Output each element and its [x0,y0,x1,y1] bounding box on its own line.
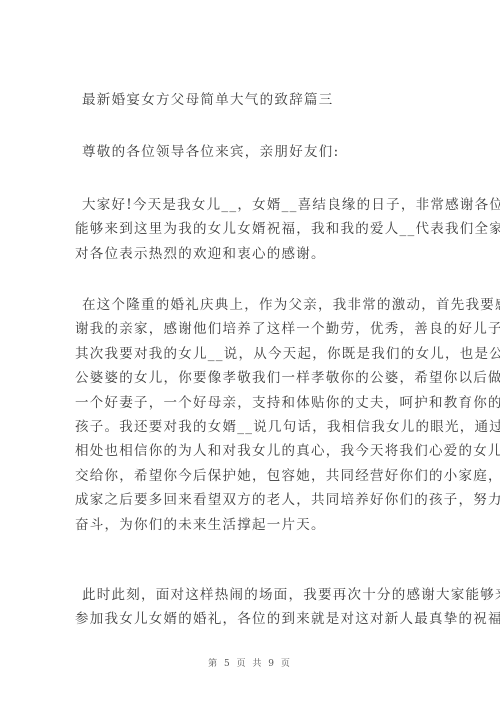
text-line: 交给你，希望你今后保护她，包容她，共同经营好你们的小家庭， [75,464,435,488]
salutation: 尊敬的各位领导各位来宾，亲朋好友们: [82,140,339,160]
page-indicator: 第 5 页 共 9 页 [0,656,500,669]
paragraph-main: 在这个隆重的婚礼庆典上，作为父亲，我非常的激动，首先我要感 谢我的亲家，感谢他们… [75,293,435,537]
paragraph-opening: 大家好!今天是我女儿__，女婿__喜结良缘的日子，非常感谢各位 能够来到这里为我… [75,193,435,266]
text-line: 大家好!今天是我女儿__，女婿__喜结良缘的日子，非常感谢各位 [75,193,435,217]
text-line: 参加我女儿女婿的婚礼，各位的到来就是对这对新人最真挚的祝福， [75,607,435,631]
text-line: 一个好妻子，一个好母亲，支持和体贴你的丈夫，呵护和教育你的 [75,391,435,415]
text-line: 其次我要对我的女儿__说，从今天起，你既是我们的女儿，也是公 [75,342,435,366]
text-line: 孩子。我还要对我的女婿__说几句话，我相信我女儿的眼光，通过 [75,415,435,439]
text-line: 公婆婆的女儿，你要像孝敬我们一样孝敬你的公婆，希望你以后做 [75,366,435,390]
text-line: 此时此刻，面对这样热闹的场面，我要再次十分的感谢大家能够来 [75,583,435,607]
text-line: 奋斗，为你们的未来生活撑起一片天。 [75,513,435,537]
text-line: 能够来到这里为我的女儿女婿祝福，我和我的爱人__代表我们全家 [75,217,435,241]
document-page: 最新婚宴女方父母简单大气的致辞篇三 尊敬的各位领导各位来宾，亲朋好友们: 大家好… [0,0,500,708]
text-line: 相处也相信你的为人和对我女儿的真心，我今天将我们心爱的女儿 [75,439,435,463]
document-title: 最新婚宴女方父母简单大气的致辞篇三 [82,88,334,108]
text-line: 在这个隆重的婚礼庆典上，作为父亲，我非常的激动，首先我要感 [75,293,435,317]
text-line: 对各位表示热烈的欢迎和衷心的感谢。 [75,242,435,266]
paragraph-closing: 此时此刻，面对这样热闹的场面，我要再次十分的感谢大家能够来 参加我女儿女婿的婚礼… [75,583,435,632]
text-line: 谢我的亲家，感谢他们培养了这样一个勤劳，优秀，善良的好儿子。 [75,317,435,341]
text-line: 成家之后要多回来看望双方的老人，共同培养好你们的孩子，努力 [75,488,435,512]
